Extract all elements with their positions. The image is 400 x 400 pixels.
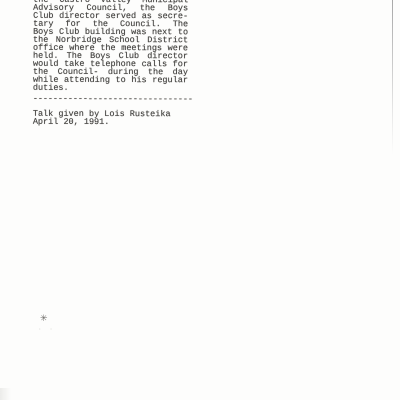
corner-smudge-artifact (0, 388, 11, 400)
scanned-document-page: the Castro Valley Municipal Advisory Cou… (0, 0, 400, 400)
attribution-block: Talk given by Lois Rusteika April 20, 19… (33, 110, 188, 126)
ink-speck-mark: ✳ (40, 315, 48, 324)
typewritten-text-block: the Castro Valley Municipal Advisory Cou… (33, 0, 188, 126)
separator-dashes: -------------------------------- (33, 95, 198, 103)
ink-speck-faint-mark: · · (38, 327, 55, 333)
scan-edge-artifact-line (392, 0, 393, 155)
